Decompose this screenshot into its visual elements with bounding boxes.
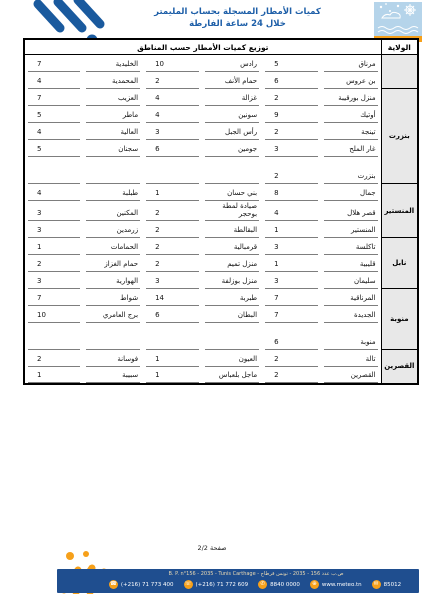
value-cell: 14 — [143, 289, 202, 306]
value-cell: 8 — [262, 184, 321, 201]
region-cell: قليبية — [321, 255, 381, 272]
region-cell: تاكلسة — [321, 238, 381, 255]
value-cell: 7 — [262, 306, 321, 323]
table-row: منوبة6 — [24, 323, 418, 350]
value-cell: 5 — [262, 55, 321, 72]
table-row: مرناق5رادس10الخليدية7 — [24, 55, 418, 72]
value-cell: 2 — [24, 255, 83, 272]
table-row: القصرين2ماجل بلعباس1سبيبة1 — [24, 367, 418, 384]
value-cell: 4 — [143, 89, 202, 106]
region-cell: برج العامري — [83, 306, 143, 323]
value-cell: 5 — [24, 106, 83, 123]
value-cell: 3 — [143, 272, 202, 289]
region-cell: سليمان — [321, 272, 381, 289]
logo-dot — [83, 551, 89, 557]
value-cell — [143, 323, 202, 350]
value-cell: 3 — [262, 238, 321, 255]
region-cell: بن عروس — [321, 72, 381, 89]
region-cell — [83, 157, 143, 184]
wilaya-cell: نابل — [381, 238, 418, 289]
region-cell: الهوارية — [83, 272, 143, 289]
table-row: بنزرتمنزل بورقيبة2غزالة4العزيب7 — [24, 89, 418, 106]
region-cell: العزيب — [83, 89, 143, 106]
value-cell: 1 — [143, 184, 202, 201]
footer-contacts: ☎(+216) 71 773 400☏(+216) 71 772 609✆884… — [57, 580, 419, 589]
region-cell: أوتيك — [321, 106, 381, 123]
value-cell: 2 — [262, 350, 321, 367]
region-cell: جمال — [321, 184, 381, 201]
value-cell: 3 — [262, 272, 321, 289]
region-cell: بني حسان — [202, 184, 262, 201]
value-cell: 7 — [24, 89, 83, 106]
value-cell: 2 — [24, 350, 83, 367]
wilaya-header: الولاية — [381, 39, 418, 55]
wilaya-cell: بنزرت — [381, 89, 418, 184]
value-cell: 4 — [262, 201, 321, 221]
table-row: قليبية1منزل تميم2حمام الغزاز2 — [24, 255, 418, 272]
contact-item: ☏(+216) 71 772 609 — [184, 580, 249, 589]
star-icon — [397, 5, 399, 7]
region-cell: قصر هلال — [321, 201, 381, 221]
value-cell: 2 — [143, 238, 202, 255]
value-cell: 7 — [24, 55, 83, 72]
region-cell: منزل بورقيبة — [321, 89, 381, 106]
value-cell: 3 — [143, 123, 202, 140]
region-cell: ماطر — [83, 106, 143, 123]
value-cell: 6 — [143, 306, 202, 323]
value-cell: 4 — [24, 184, 83, 201]
region-cell: رأس الجبل — [202, 123, 262, 140]
contact-item: ✉85012 — [372, 580, 402, 589]
region-cell: المرناقية — [321, 289, 381, 306]
table-row: منوبةالمرناقية7طبربة14شواط7 — [24, 289, 418, 306]
value-cell: 4 — [143, 106, 202, 123]
region-cell: حمام الغزاز — [83, 255, 143, 272]
value-cell — [143, 157, 202, 184]
wilaya-cell — [381, 55, 418, 89]
region-cell: البقالطة — [202, 221, 262, 238]
region-cell: غار الملح — [321, 140, 381, 157]
region-cell: فوسانة — [83, 350, 143, 367]
value-cell: 1 — [143, 350, 202, 367]
footer-banner: B. P. n°156 - 2035 - Tunis Carthage - ص.… — [57, 569, 419, 593]
phone-icon: ☎ — [109, 580, 118, 589]
title-line-2: خلال 24 ساعة الفارطة — [110, 18, 365, 30]
region-cell: سبيبة — [83, 367, 143, 384]
table-row: المنستيرجمال8بني حسان1طبلبة4 — [24, 184, 418, 201]
contact-item: ⊕www.meteo.tn — [310, 580, 362, 589]
region-cell: تالة — [321, 350, 381, 367]
contact-label: (+216) 71 773 400 — [121, 582, 174, 588]
star-icon — [389, 10, 391, 12]
value-cell: 7 — [24, 289, 83, 306]
table-row: غار الملح3جومين6سجنان5 — [24, 140, 418, 157]
region-cell: شواط — [83, 289, 143, 306]
region-cell: الحمامات — [83, 238, 143, 255]
value-cell: 1 — [262, 255, 321, 272]
region-cell: جومين — [202, 140, 262, 157]
hotline-icon: ✆ — [258, 580, 267, 589]
star-icon — [385, 3, 387, 5]
sms-icon: ✉ — [372, 580, 381, 589]
region-cell: المنستير — [321, 221, 381, 238]
contact-label: (+216) 71 772 609 — [196, 582, 249, 588]
region-cell — [83, 323, 143, 350]
region-cell: صيادة لمطة بوحجر — [202, 201, 262, 221]
value-cell: 6 — [143, 140, 202, 157]
page-title: كميات الأمطار المسجلة بحساب المليمتر خلا… — [110, 6, 365, 30]
value-cell: 2 — [143, 72, 202, 89]
region-cell: سجنان — [83, 140, 143, 157]
globe-icon: ⊕ — [310, 580, 319, 589]
region-cell: البطان — [202, 306, 262, 323]
value-cell: 3 — [24, 201, 83, 221]
distribution-header: توزيع كميات الأمطار حسب المناطق — [24, 39, 381, 55]
title-line-1: كميات الأمطار المسجلة بحساب المليمتر — [110, 6, 365, 18]
contact-label: www.meteo.tn — [322, 582, 362, 588]
value-cell — [24, 157, 83, 184]
region-cell: طبربة — [202, 289, 262, 306]
star-icon — [380, 6, 382, 8]
value-cell: 7 — [262, 289, 321, 306]
region-cell: رادس — [202, 55, 262, 72]
region-cell: القصرين — [321, 367, 381, 384]
region-cell: منزل بوزلفة — [202, 272, 262, 289]
region-cell: تينجة — [321, 123, 381, 140]
value-cell: 1 — [143, 367, 202, 384]
table-row: قصر هلال4صيادة لمطة بوحجر2المكنين3 — [24, 201, 418, 221]
table-header-row: الولاية توزيع كميات الأمطار حسب المناطق — [24, 39, 418, 55]
value-cell: 3 — [24, 272, 83, 289]
value-cell: 2 — [143, 255, 202, 272]
value-cell: 2 — [143, 221, 202, 238]
wilaya-cell: المنستير — [381, 184, 418, 238]
logo-dot — [66, 552, 74, 560]
region-cell — [202, 323, 262, 350]
footer-address: B. P. n°156 - 2035 - Tunis Carthage - ص.… — [57, 569, 419, 578]
value-cell: 10 — [143, 55, 202, 72]
value-cell: 6 — [262, 323, 321, 350]
table-row: سليمان3منزل بوزلفة3الهوارية3 — [24, 272, 418, 289]
wilaya-cell: القصرين — [381, 350, 418, 384]
value-cell: 2 — [262, 157, 321, 184]
contact-label: 8840 0000 — [270, 582, 300, 588]
value-cell: 5 — [24, 140, 83, 157]
contact-label: 85012 — [384, 582, 402, 588]
value-cell: 1 — [24, 367, 83, 384]
region-cell: حمام الأنف — [202, 72, 262, 89]
region-cell: مرناق — [321, 55, 381, 72]
table-row: المنستير1البقالطة2زرمدين3 — [24, 221, 418, 238]
region-cell: ماجل بلعباس — [202, 367, 262, 384]
value-cell: 1 — [262, 221, 321, 238]
region-cell: قرمبالية — [202, 238, 262, 255]
value-cell: 2 — [262, 89, 321, 106]
region-cell: زرمدين — [83, 221, 143, 238]
region-cell: المكنين — [83, 201, 143, 221]
value-cell — [24, 323, 83, 350]
fax-icon: ☏ — [184, 580, 193, 589]
contact-item: ☎(+216) 71 773 400 — [109, 580, 174, 589]
region-cell — [202, 157, 262, 184]
table-row: الجديدة7البطان6برج العامري10 — [24, 306, 418, 323]
region-cell: المحمدية — [83, 72, 143, 89]
value-cell: 2 — [143, 201, 202, 221]
region-cell: منزل تميم — [202, 255, 262, 272]
region-cell: الجديدة — [321, 306, 381, 323]
region-cell: بنزرت — [321, 157, 381, 184]
region-cell: غزالة — [202, 89, 262, 106]
value-cell: 2 — [262, 123, 321, 140]
region-cell: الخليدية — [83, 55, 143, 72]
region-cell: سونين — [202, 106, 262, 123]
table-row: بن عروس6حمام الأنف2المحمدية4 — [24, 72, 418, 89]
rainfall-table: الولاية توزيع كميات الأمطار حسب المناطق … — [23, 38, 419, 385]
table-row: تينجة2رأس الجبل3العالية4 — [24, 123, 418, 140]
table-row: أوتيك9سونين4ماطر5 — [24, 106, 418, 123]
value-cell: 9 — [262, 106, 321, 123]
value-cell: 3 — [24, 221, 83, 238]
region-cell: العيون — [202, 350, 262, 367]
value-cell: 1 — [24, 238, 83, 255]
table-row: القصرينتالة2العيون1فوسانة2 — [24, 350, 418, 367]
contact-item: ✆8840 0000 — [258, 580, 300, 589]
value-cell: 3 — [262, 140, 321, 157]
region-cell: العالية — [83, 123, 143, 140]
table-row: بنزرت2 — [24, 157, 418, 184]
region-cell: منوبة — [321, 323, 381, 350]
value-cell: 2 — [262, 367, 321, 384]
value-cell: 4 — [24, 72, 83, 89]
value-cell: 10 — [24, 306, 83, 323]
table-row: نابلتاكلسة3قرمبالية2الحمامات1 — [24, 238, 418, 255]
wilaya-cell: منوبة — [381, 289, 418, 350]
region-cell: طبلبة — [83, 184, 143, 201]
value-cell: 4 — [24, 123, 83, 140]
value-cell: 6 — [262, 72, 321, 89]
